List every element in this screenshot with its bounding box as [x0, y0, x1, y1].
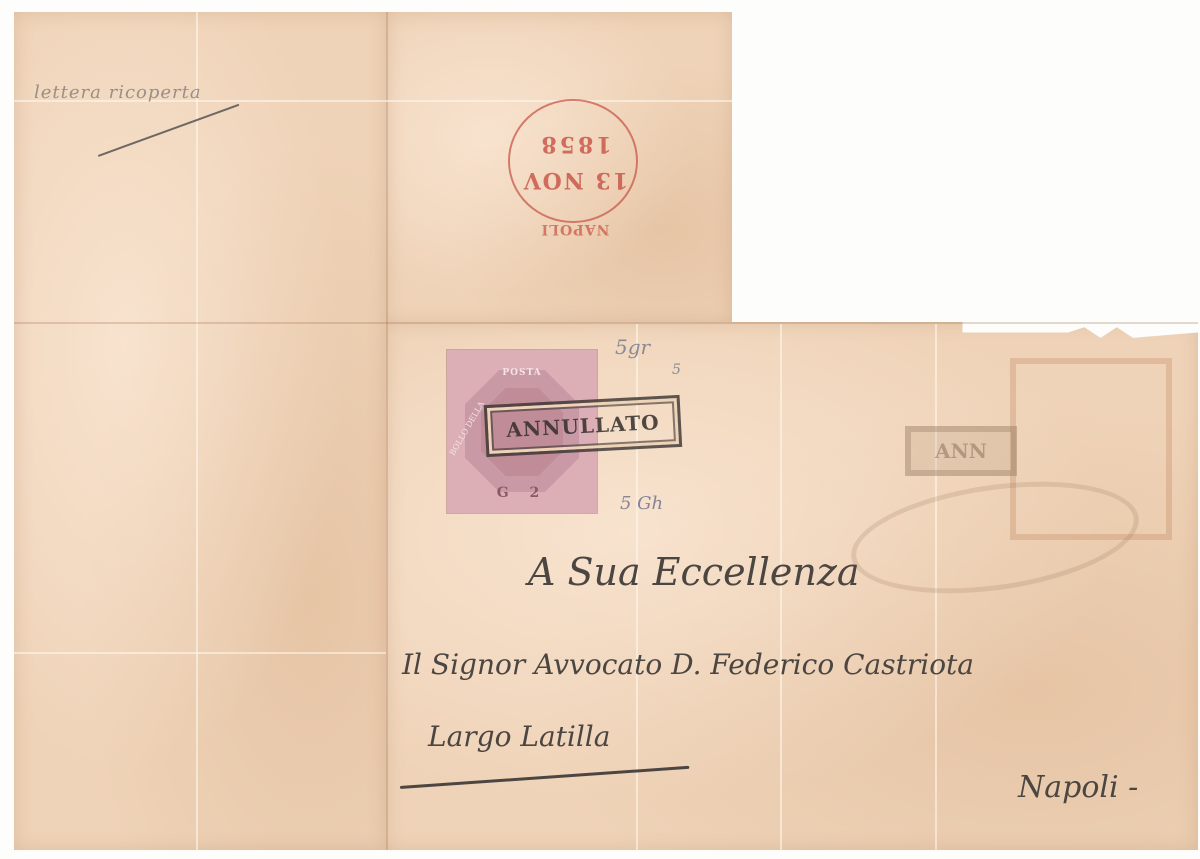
address-line-street: Largo Latilla	[428, 720, 610, 753]
pencil-rate-digit: 5	[672, 362, 681, 378]
fold-crease	[14, 322, 1198, 324]
fold-line	[14, 652, 386, 654]
pencil-note: lettera ricoperta	[34, 82, 202, 103]
postmark-year: 1858	[500, 131, 650, 157]
address-line-salutation: A Sua Eccellenza	[528, 550, 860, 594]
fold-line	[196, 12, 198, 850]
pencil-rate-note: 5gr	[615, 335, 650, 359]
stamp-value: G 2	[447, 485, 597, 501]
pencil-rate-note: 5 Gh	[620, 493, 663, 514]
postmark-ring	[508, 99, 638, 223]
address-line-recipient: Il Signor Avvocato D. Federico Castriota	[402, 648, 974, 681]
address-line-city: Napoli -	[1018, 770, 1138, 805]
postmark-date: 13 NOV	[500, 167, 650, 193]
postmark-circular: NAPOLI 13 NOV 1858	[500, 96, 650, 231]
offset-cancel: ANN	[905, 426, 1017, 476]
fold-crease	[386, 12, 388, 850]
letter-sheet-left-panel	[14, 12, 386, 850]
annullato-cancel: ANNULLATO	[484, 395, 682, 457]
postmark-place: NAPOLI	[500, 221, 650, 237]
stamp-top-text: POSTA	[447, 368, 597, 378]
